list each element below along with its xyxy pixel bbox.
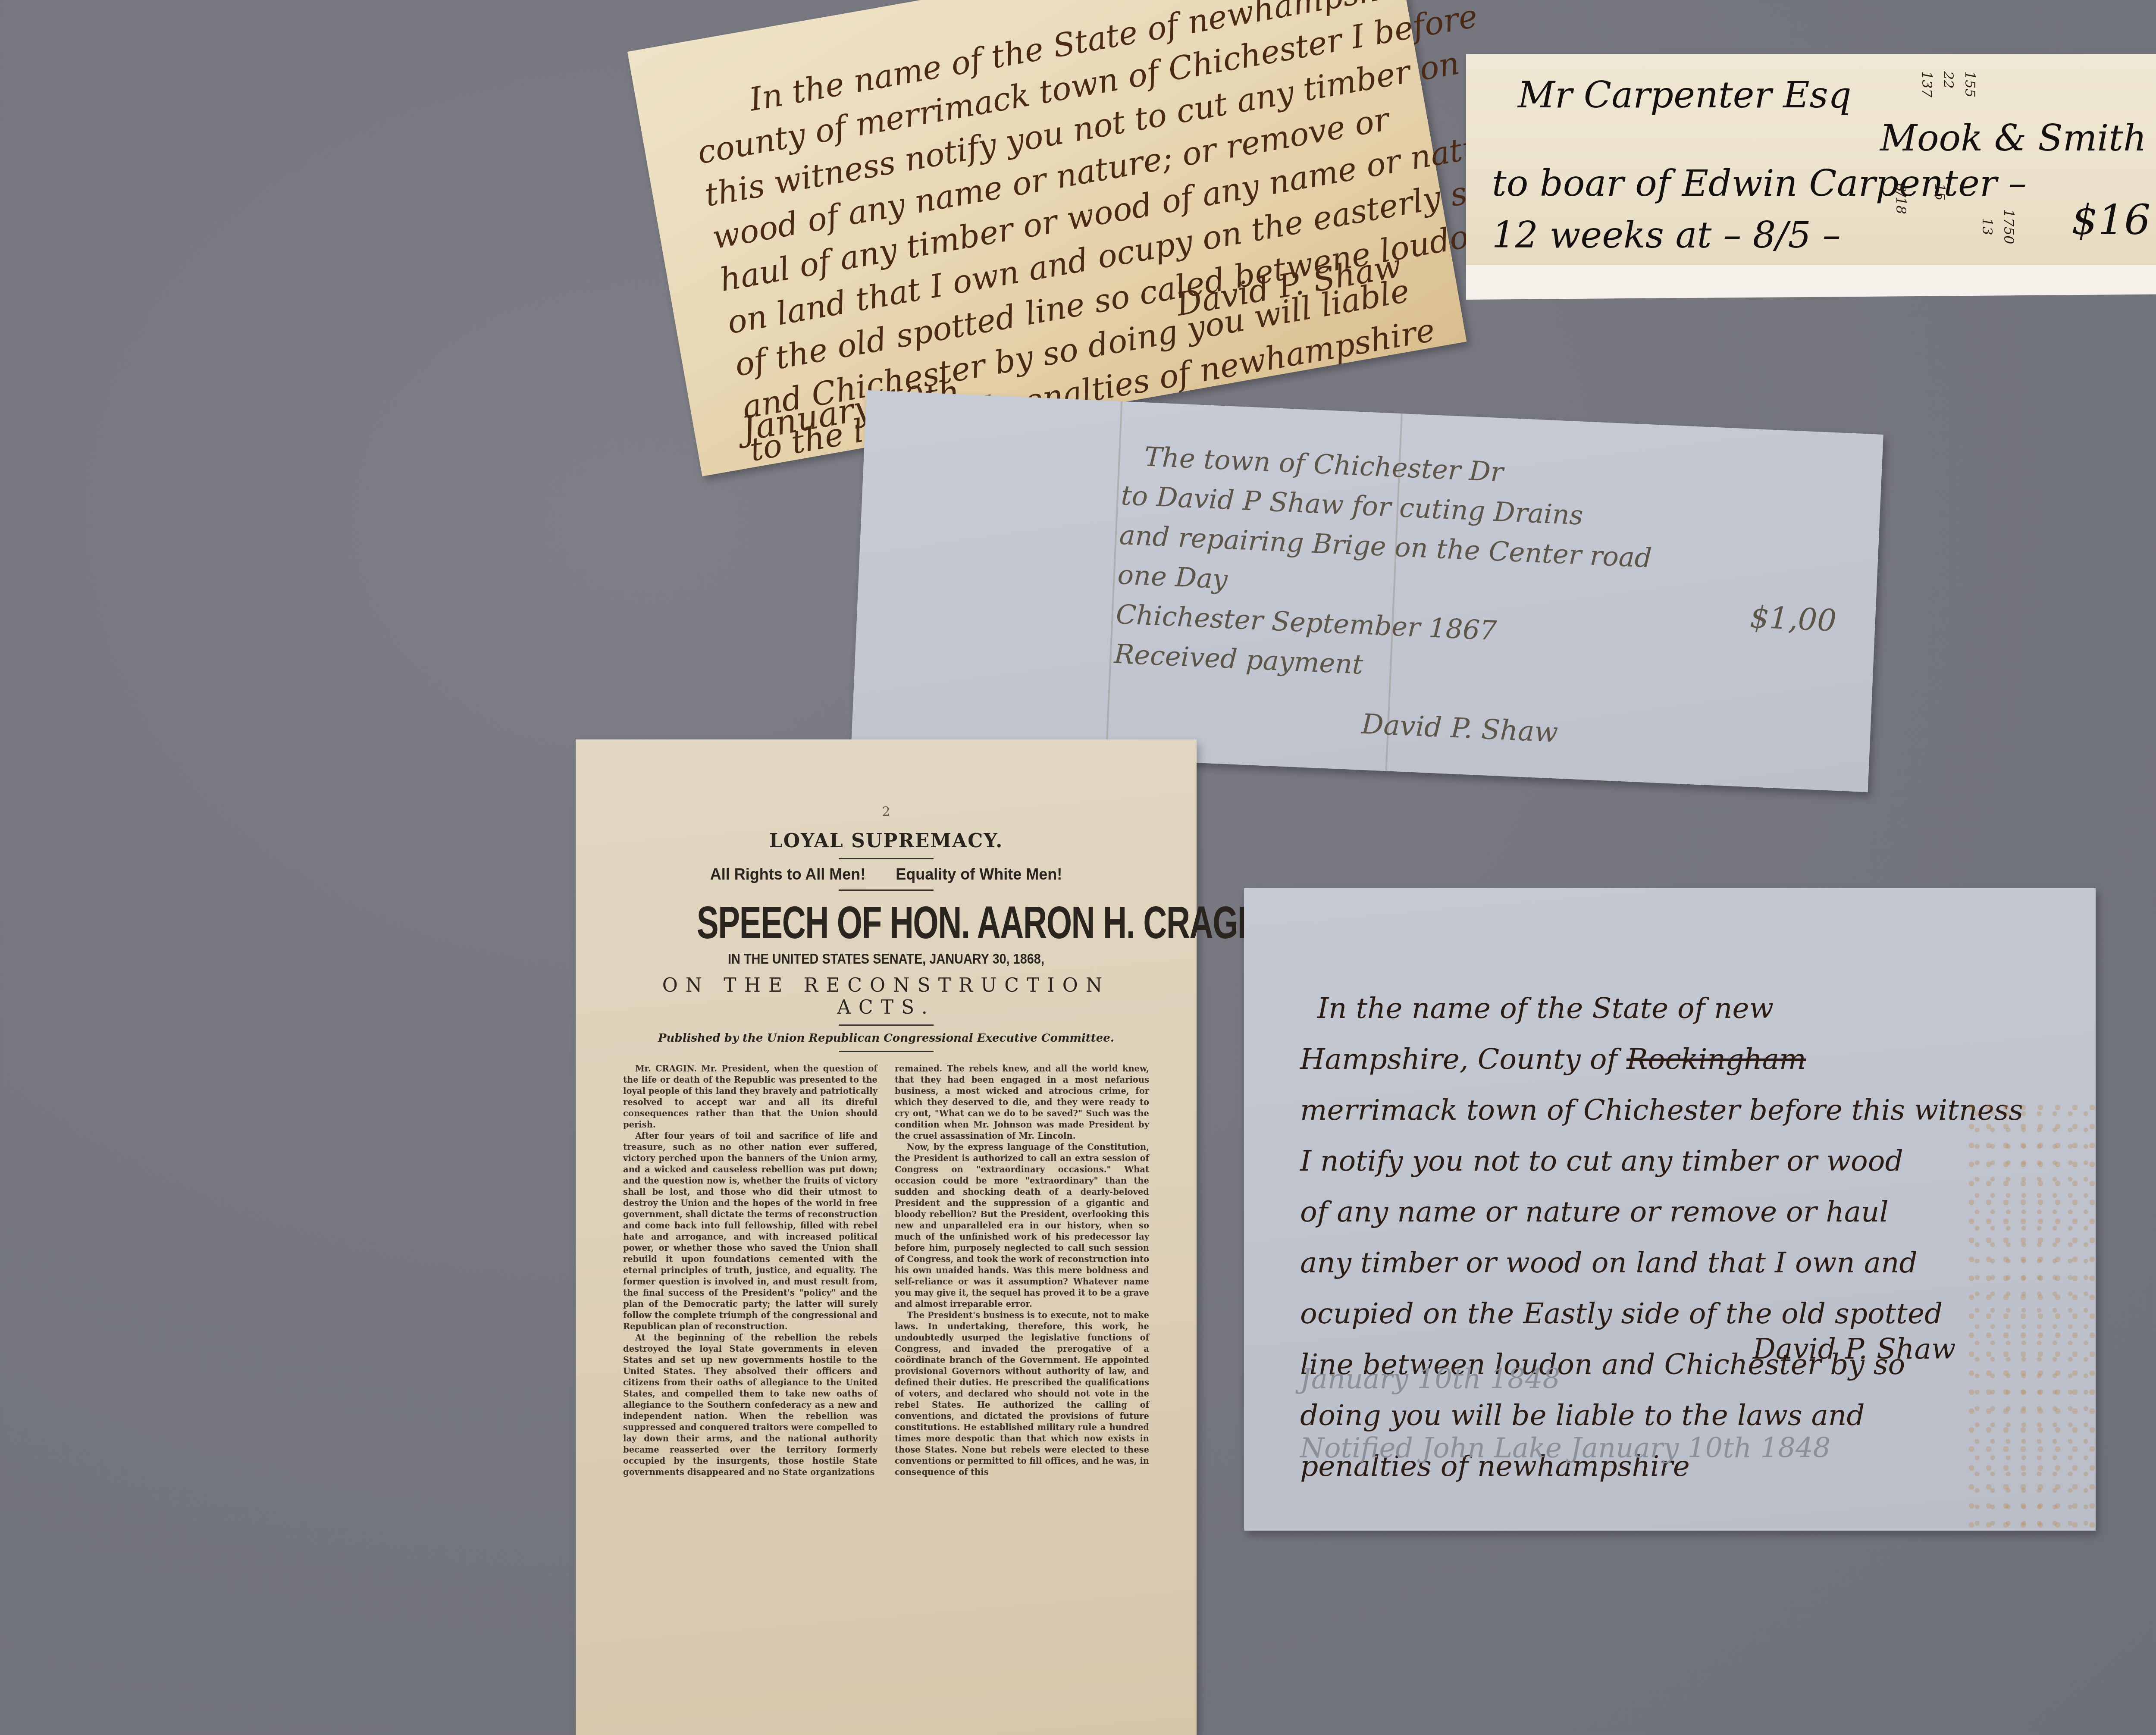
paragraph: The President's business is to execute, … [895, 1310, 1149, 1478]
paragraph: Now, by the express language of the Cons… [895, 1142, 1149, 1310]
paragraph: remained. The rebels knew, and all the w… [895, 1063, 1149, 1142]
notice-line: merrimack town of Chichester before this… [1300, 1085, 2070, 1136]
notice-line: Hampshire, County of Rockingham [1300, 1034, 2070, 1085]
receipt-line: 12 weeks at – 8/5 – [1492, 209, 2156, 261]
pamphlet-document: 2 LOYAL SUPREMACY. All Rights to All Men… [576, 739, 1197, 1735]
ledger-figure: 8/18 [1893, 183, 1909, 214]
subheadline: IN THE UNITED STATES SENATE, JANUARY 30,… [663, 951, 1110, 968]
receipt-line: to boar of Edwin Carpenter – [1492, 157, 2156, 209]
publisher: Published by the Union Republican Congre… [623, 1032, 1149, 1045]
foxing-stains [1966, 1104, 2096, 1531]
divider [839, 858, 934, 859]
receipt-document-carpenter: Mr Carpenter Esq Mook & Smith Dr to boar… [1466, 54, 2156, 269]
paragraph: At the beginning of the rebellion the re… [623, 1332, 877, 1478]
notice-line: In the name of the State of new [1300, 983, 2070, 1034]
column-right: remained. The rebels knew, and all the w… [895, 1063, 1149, 1478]
notice-text: In the name of the State of new Hampshir… [1300, 983, 2070, 1492]
topic: ON THE RECONSTRUCTION ACTS. [623, 974, 1149, 1018]
divider [839, 889, 934, 891]
paper-fold [1466, 265, 2156, 300]
ledger-figure: 155 [1962, 71, 1978, 97]
struck-word: Rockingham [1626, 1043, 1806, 1076]
slogan-right: Equality of White Men! [896, 865, 1062, 883]
notice-line: of any name or nature or remove or haul [1300, 1187, 2070, 1237]
pamphlet-title: LOYAL SUPREMACY. [623, 830, 1149, 852]
divider [839, 1051, 934, 1052]
ledger-figure: 15 [1932, 183, 1948, 201]
body-columns: Mr. CRAGIN. Mr. President, when the ques… [623, 1063, 1149, 1478]
ledger-figure: 1750 [2001, 209, 2017, 244]
receipt-line: Mr Carpenter Esq [1492, 71, 2156, 119]
ledger-figure: 137 [1919, 71, 1935, 97]
receipt-line: Mook & Smith Dr [1492, 119, 2156, 157]
headline: SPEECH OF HON. AARON H. CRAGIN, [697, 897, 1075, 949]
divider [839, 1024, 934, 1026]
receipt-text: Mr Carpenter Esq Mook & Smith Dr to boar… [1492, 71, 2156, 261]
column-left: Mr. CRAGIN. Mr. President, when the ques… [623, 1063, 877, 1478]
notice-document-blue: In the name of the State of new Hampshir… [1244, 888, 2096, 1531]
ledger-figure: 13 [1979, 218, 1996, 235]
paragraph: Mr. CRAGIN. Mr. President, when the ques… [623, 1063, 877, 1131]
page-number: 2 [623, 804, 1149, 830]
notice-line: I notify you not to cut any timber or wo… [1300, 1136, 2070, 1187]
pencil-note: Notified John Lake January 10th 1848 [1300, 1423, 1830, 1474]
ledger-figure: 22 [1940, 71, 1957, 89]
pencil-date: January 10th 1848 [1300, 1354, 1560, 1405]
amount: $1,00 [1749, 597, 1837, 641]
signature: David P. Shaw [1360, 705, 1559, 753]
receipt-text: The town of Chichester Dr to David P Sha… [1113, 436, 1847, 705]
amount: $16 00 [2071, 188, 2156, 252]
paragraph: After four years of toil and sacrifice o… [623, 1131, 877, 1332]
slogan-left: All Rights to All Men! [710, 865, 866, 883]
notice-line: any timber or wood on land that I own an… [1300, 1237, 2070, 1288]
receipt-document-shaw: The town of Chichester Dr to David P Sha… [851, 390, 1883, 792]
signature: David P. Shaw [1753, 1324, 1955, 1375]
slogans: All Rights to All Men! Equality of White… [623, 865, 1149, 883]
